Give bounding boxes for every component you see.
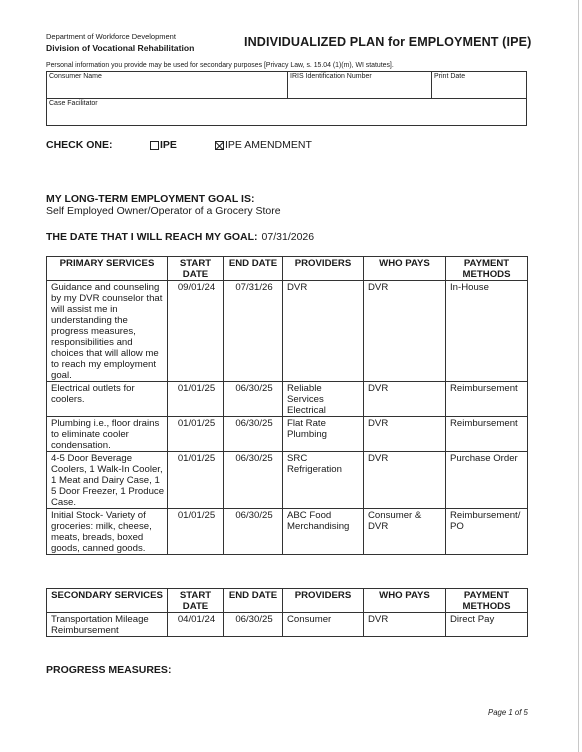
- start-date-cell: 04/01/24: [168, 613, 224, 637]
- column-header-who-pays: WHO PAYS: [364, 589, 446, 613]
- print-date-field[interactable]: Print Date: [432, 72, 526, 99]
- end-date-cell: 07/31/26: [224, 281, 283, 382]
- department-name: Department of Workforce Development: [46, 32, 194, 42]
- payment-method-cell: Direct Pay: [446, 613, 528, 637]
- goal-value: Self Employed Owner/Operator of a Grocer…: [46, 205, 281, 217]
- who-pays-cell: DVR: [364, 417, 446, 452]
- end-date-cell: 06/30/25: [224, 452, 283, 509]
- payment-method-cell: In-House: [446, 281, 528, 382]
- table-header-row: SECONDARY SERVICESSTART DATEEND DATEPROV…: [47, 589, 528, 613]
- privacy-notice: Personal information you provide may be …: [46, 62, 394, 69]
- table-row: Electrical outlets for coolers.01/01/250…: [47, 382, 528, 417]
- column-header-start-date: START DATE: [168, 589, 224, 613]
- table-row: Plumbing i.e., floor drains to eliminate…: [47, 417, 528, 452]
- start-date-cell: 01/01/25: [168, 382, 224, 417]
- who-pays-cell: DVR: [364, 452, 446, 509]
- ipe-checkbox[interactable]: [150, 141, 159, 150]
- column-header-end-date: END DATE: [224, 257, 283, 281]
- progress-measures-heading: PROGRESS MEASURES:: [46, 664, 171, 676]
- provider-cell: ABC Food Merchandising: [283, 509, 364, 555]
- column-header-provider: PROVIDERS: [283, 257, 364, 281]
- consumer-info-box: Consumer Name IRIS Identification Number…: [46, 71, 527, 126]
- payment-method-cell: Reimbursement: [446, 417, 528, 452]
- column-header-who-pays: WHO PAYS: [364, 257, 446, 281]
- consumer-name-field[interactable]: Consumer Name: [47, 72, 288, 99]
- agency-header: Department of Workforce Development Divi…: [46, 32, 194, 54]
- ipe-amendment-checkbox[interactable]: [215, 141, 224, 150]
- goal-heading: MY LONG-TERM EMPLOYMENT GOAL IS:: [46, 193, 254, 205]
- case-facilitator-field[interactable]: Case Facilitator: [47, 99, 526, 125]
- service-cell: Transportation Mileage Reimbursement: [47, 613, 168, 637]
- check-one-row: CHECK ONE: IPE IPE AMENDMENT: [46, 139, 312, 151]
- service-cell: Electrical outlets for coolers.: [47, 382, 168, 417]
- column-header-provider: PROVIDERS: [283, 589, 364, 613]
- goal-date-value: 07/31/2026: [262, 231, 315, 243]
- service-cell: Initial Stock- Variety of groceries: mil…: [47, 509, 168, 555]
- option-ipe[interactable]: IPE: [150, 139, 177, 151]
- table-row: Transportation Mileage Reimbursement04/0…: [47, 613, 528, 637]
- end-date-cell: 06/30/25: [224, 417, 283, 452]
- column-header-service: SECONDARY SERVICES: [47, 589, 168, 613]
- start-date-cell: 01/01/25: [168, 452, 224, 509]
- primary-services-table: PRIMARY SERVICESSTART DATEEND DATEPROVID…: [46, 256, 528, 555]
- service-cell: Guidance and counseling by my DVR counse…: [47, 281, 168, 382]
- division-name: Division of Vocational Rehabilitation: [46, 42, 194, 54]
- column-header-payment-method: PAYMENT METHODS: [446, 257, 528, 281]
- column-header-service: PRIMARY SERVICES: [47, 257, 168, 281]
- who-pays-cell: DVR: [364, 281, 446, 382]
- table-row: Guidance and counseling by my DVR counse…: [47, 281, 528, 382]
- table-row: Initial Stock- Variety of groceries: mil…: [47, 509, 528, 555]
- table-row: 4-5 Door Beverage Coolers, 1 Walk-In Coo…: [47, 452, 528, 509]
- consumer-name-label: Consumer Name: [49, 73, 285, 80]
- who-pays-cell: DVR: [364, 613, 446, 637]
- column-header-payment-method: PAYMENT METHODS: [446, 589, 528, 613]
- ipe-amendment-option-label: IPE AMENDMENT: [225, 139, 312, 151]
- provider-cell: DVR: [283, 281, 364, 382]
- service-cell: 4-5 Door Beverage Coolers, 1 Walk-In Coo…: [47, 452, 168, 509]
- print-date-label: Print Date: [434, 73, 524, 80]
- start-date-cell: 09/01/24: [168, 281, 224, 382]
- provider-cell: Reliable Services Electrical: [283, 382, 364, 417]
- start-date-cell: 01/01/25: [168, 417, 224, 452]
- iris-id-field[interactable]: IRIS Identification Number: [288, 72, 432, 99]
- payment-method-cell: Reimbursement/ PO: [446, 509, 528, 555]
- column-header-start-date: START DATE: [168, 257, 224, 281]
- iris-id-label: IRIS Identification Number: [290, 73, 429, 80]
- end-date-cell: 06/30/25: [224, 382, 283, 417]
- payment-method-cell: Reimbursement: [446, 382, 528, 417]
- option-ipe-amendment[interactable]: IPE AMENDMENT: [215, 139, 312, 151]
- payment-method-cell: Purchase Order: [446, 452, 528, 509]
- start-date-cell: 01/01/25: [168, 509, 224, 555]
- provider-cell: Consumer: [283, 613, 364, 637]
- end-date-cell: 06/30/25: [224, 613, 283, 637]
- provider-cell: SRC Refrigeration: [283, 452, 364, 509]
- service-cell: Plumbing i.e., floor drains to eliminate…: [47, 417, 168, 452]
- page-edge-divider: [578, 0, 579, 752]
- check-one-label: CHECK ONE:: [46, 139, 150, 151]
- who-pays-cell: DVR: [364, 382, 446, 417]
- provider-cell: Flat Rate Plumbing: [283, 417, 364, 452]
- page-number: Page 1 of 5: [488, 708, 528, 717]
- ipe-option-label: IPE: [160, 139, 177, 151]
- end-date-cell: 06/30/25: [224, 509, 283, 555]
- column-header-end-date: END DATE: [224, 589, 283, 613]
- document-title: INDIVIDUALIZED PLAN for EMPLOYMENT (IPE): [244, 35, 531, 49]
- who-pays-cell: Consumer & DVR: [364, 509, 446, 555]
- goal-date-row: THE DATE THAT I WILL REACH MY GOAL:07/31…: [46, 231, 314, 243]
- case-facilitator-label: Case Facilitator: [49, 100, 524, 107]
- goal-date-heading: THE DATE THAT I WILL REACH MY GOAL:: [46, 231, 258, 243]
- secondary-services-table: SECONDARY SERVICESSTART DATEEND DATEPROV…: [46, 588, 528, 637]
- table-header-row: PRIMARY SERVICESSTART DATEEND DATEPROVID…: [47, 257, 528, 281]
